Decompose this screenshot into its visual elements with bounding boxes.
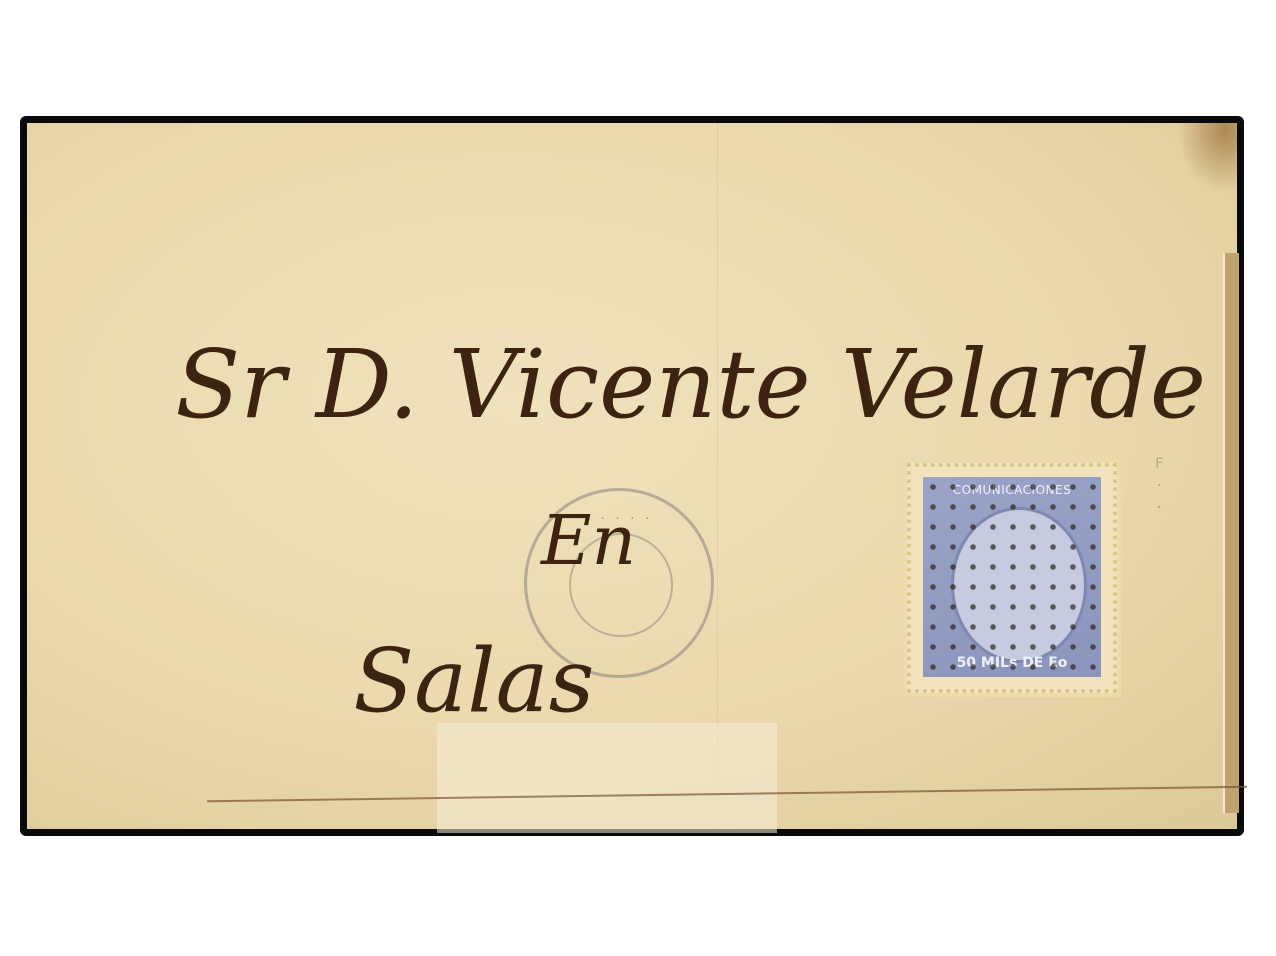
dot-cancellation bbox=[923, 477, 1101, 677]
repair-tape bbox=[437, 723, 777, 833]
postmark-cancel: · · · · · bbox=[524, 488, 714, 678]
note-line: · bbox=[1155, 497, 1215, 519]
postal-cover: · · · · · Sr D. Vicente Velarde En Salas… bbox=[20, 116, 1244, 836]
corner-stain bbox=[1177, 123, 1237, 193]
faint-pencil-note: F · · bbox=[1155, 453, 1215, 519]
note-line: F bbox=[1155, 453, 1215, 475]
postage-stamp: COMUNICACIONES 50 MILs DE Eo bbox=[907, 463, 1117, 693]
postmark-text: · · · · · bbox=[527, 511, 711, 527]
address-line-1: Sr D. Vicente Velarde bbox=[175, 331, 1206, 441]
cover-flap-edge bbox=[1223, 253, 1239, 813]
postmark-inner-ring bbox=[569, 533, 673, 637]
note-line: · bbox=[1155, 475, 1215, 497]
stamp-design: COMUNICACIONES 50 MILs DE Eo bbox=[923, 477, 1101, 677]
